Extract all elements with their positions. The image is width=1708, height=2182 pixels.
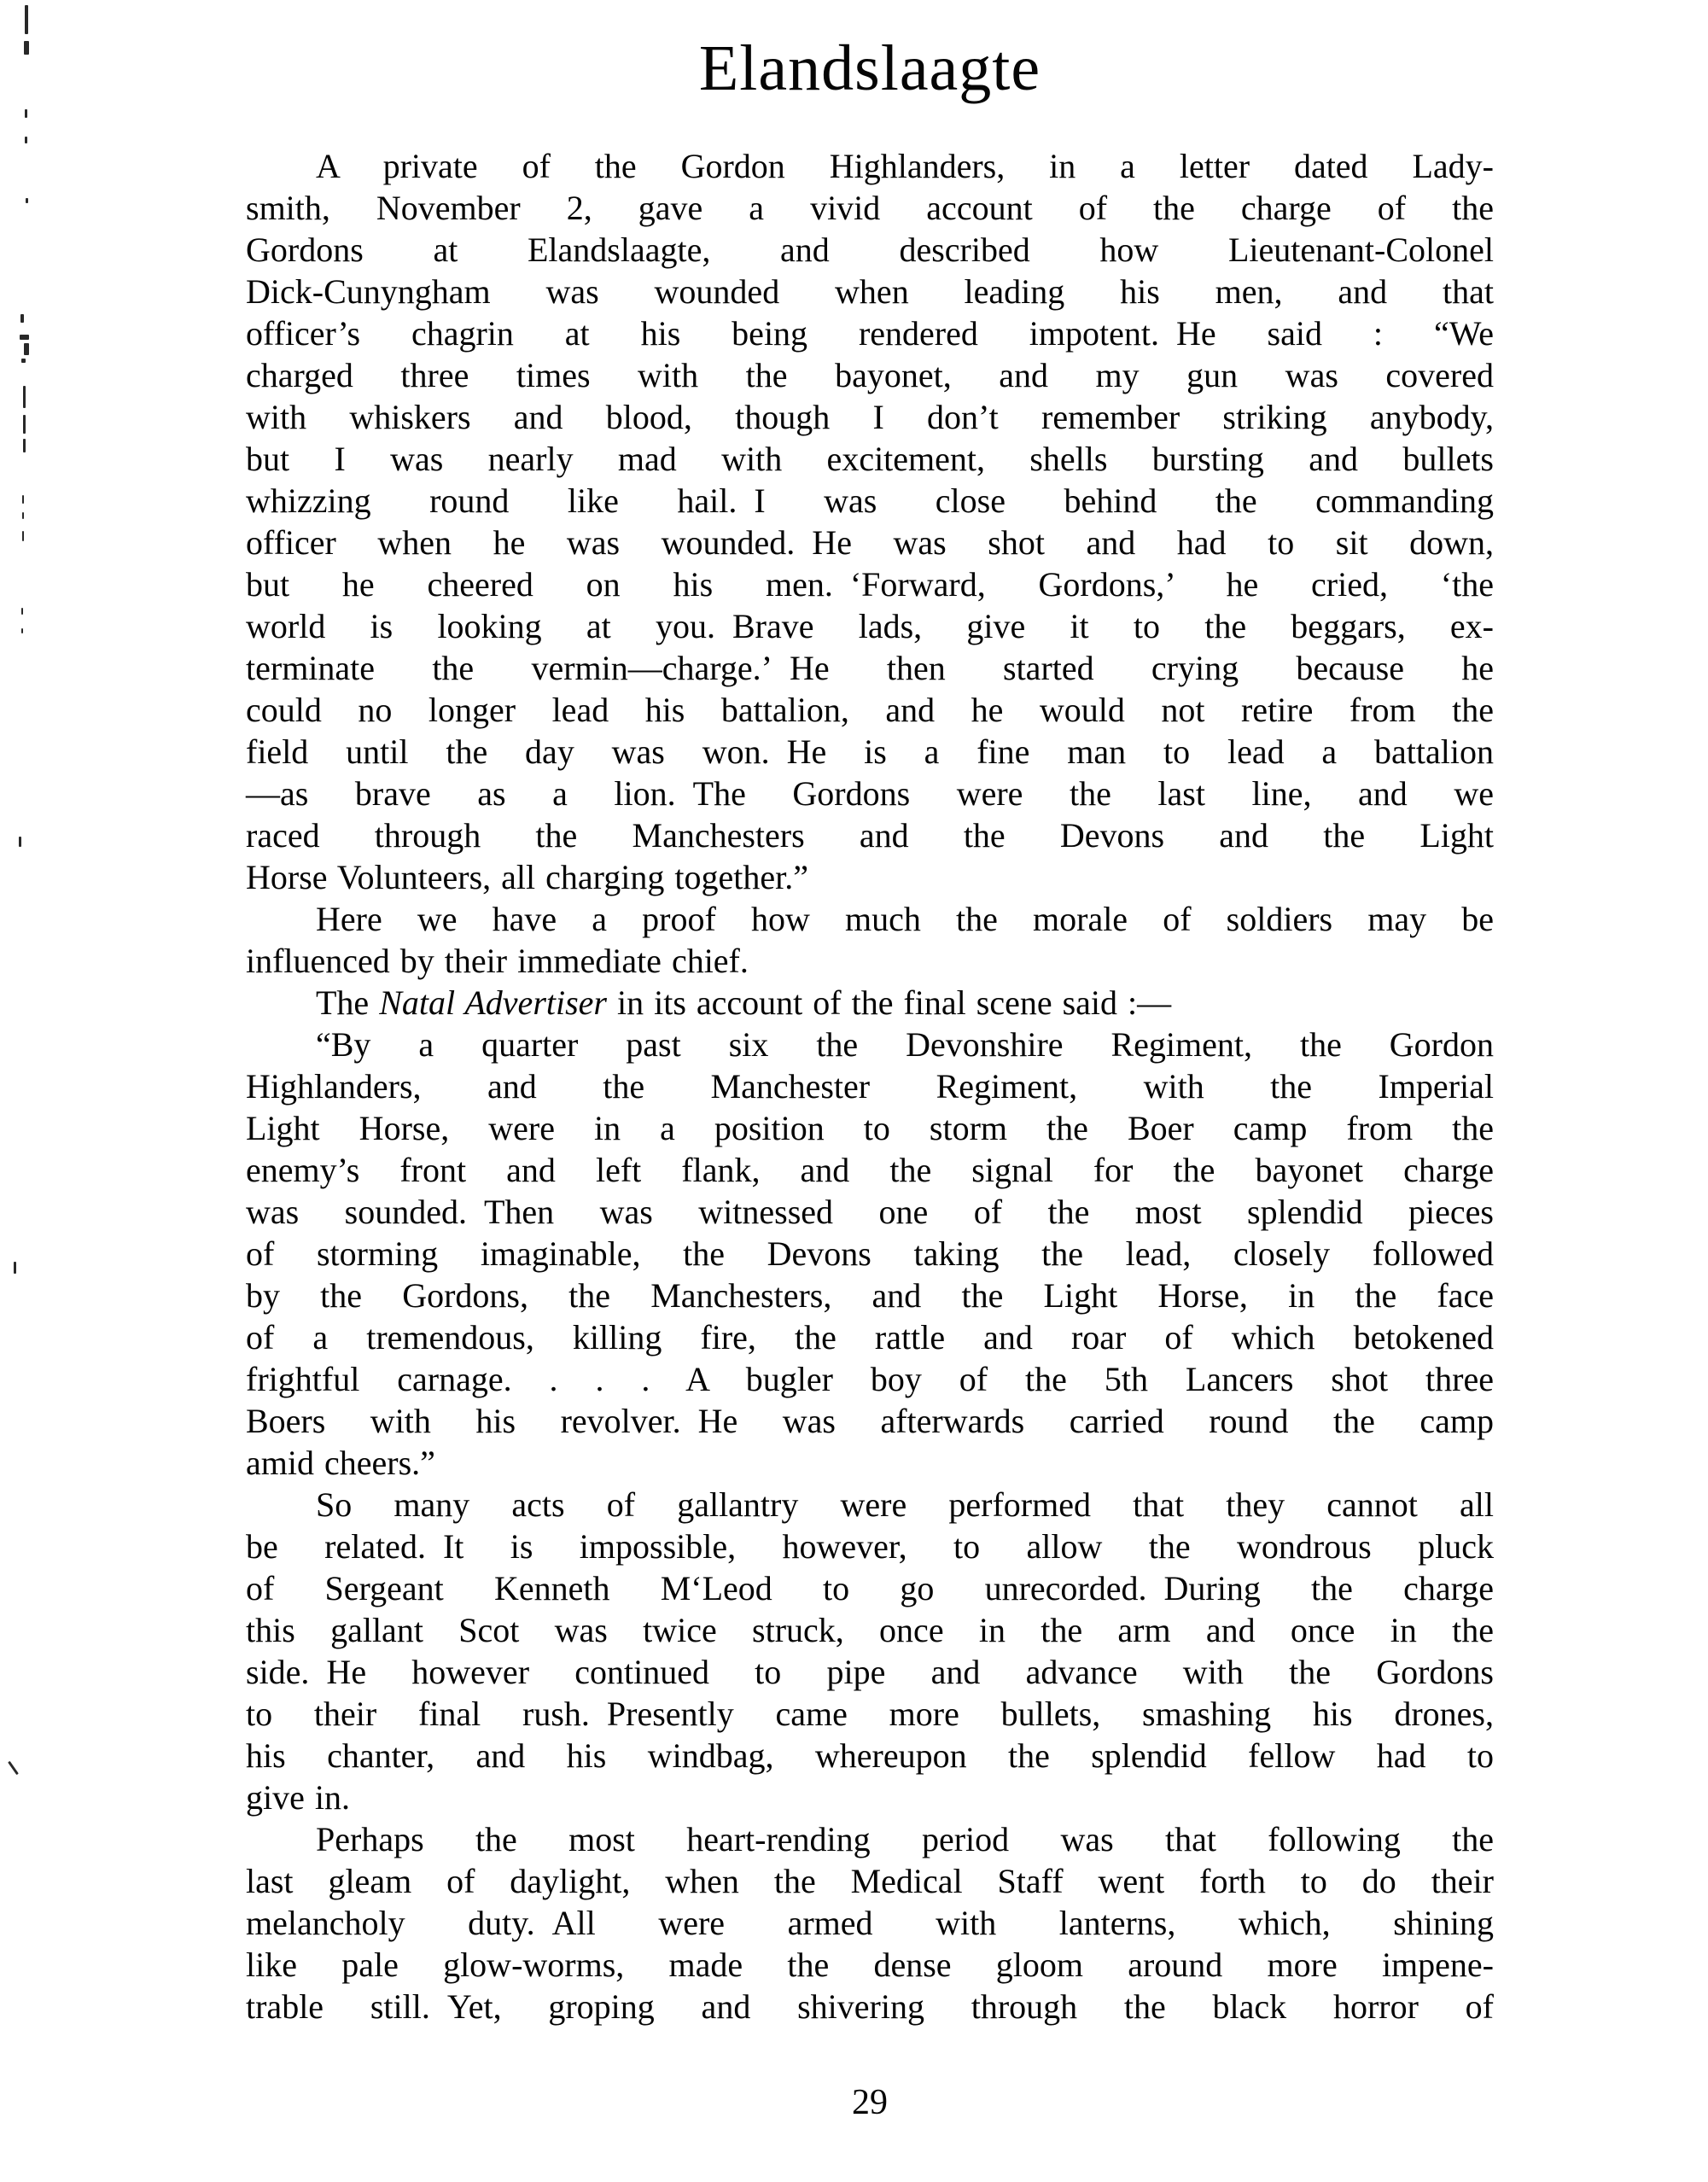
text-line: Horse Volunteers, all charging together.…	[246, 856, 1494, 898]
book-page: Elandslaagte A private of the Gordon Hig…	[0, 0, 1708, 2182]
text-segment: Dick-Cunyngham was wounded when leading …	[246, 272, 1494, 311]
ink-mark	[25, 109, 27, 118]
text-line: trable still. Yet, groping and shivering…	[246, 1986, 1494, 2027]
text-line: his chanter, and his windbag, whereupon …	[246, 1735, 1494, 1777]
text-line: officer’s chagrin at his being rendered …	[246, 312, 1494, 354]
text-line: but he cheered on his men. ‘Forward, Gor…	[246, 563, 1494, 605]
text-segment: his chanter, and his windbag, whereupon …	[246, 1736, 1494, 1775]
page-body: A private of the Gordon Highlanders, in …	[246, 145, 1494, 2027]
text-line: amid cheers.”	[246, 1442, 1494, 1484]
text-segment: amid cheers.”	[246, 1444, 435, 1482]
text-segment: like pale glow-worms, made the dense glo…	[246, 1946, 1494, 1984]
text-segment: officer’s chagrin at his being rendered …	[246, 314, 1494, 353]
text-segment: trable still. Yet, groping and shivering…	[246, 1987, 1494, 2026]
text-line: A private of the Gordon Highlanders, in …	[246, 145, 1494, 187]
text-segment: side. He however continued to pipe and a…	[246, 1653, 1494, 1691]
text-line: “By a quarter past six the Devonshire Re…	[246, 1024, 1494, 1065]
text-segment: frightful carnage. . . . A bugler boy of…	[246, 1360, 1494, 1398]
text-line: last gleam of daylight, when the Medical…	[246, 1860, 1494, 1902]
text-segment: was sounded. Then was witnessed one of t…	[246, 1193, 1494, 1231]
ink-mark	[22, 531, 24, 541]
text-segment: of storming imaginable, the Devons takin…	[246, 1234, 1494, 1273]
text-segment: officer when he was wounded. He was shot…	[246, 523, 1494, 562]
text-segment: charged three times with the bayonet, an…	[246, 356, 1494, 394]
text-segment: by the Gordons, the Manchesters, and the…	[246, 1276, 1494, 1315]
text-segment: influenced by their immediate chief.	[246, 942, 749, 980]
text-line: be related. It is impossible, however, t…	[246, 1526, 1494, 1567]
paragraph: A private of the Gordon Highlanders, in …	[246, 145, 1494, 898]
text-line: terminate the vermin—charge.’ He then st…	[246, 647, 1494, 689]
text-line: of a tremendous, killing fire, the rattl…	[246, 1316, 1494, 1358]
page-number: 29	[246, 2085, 1494, 2121]
text-line: by the Gordons, the Manchesters, and the…	[246, 1275, 1494, 1316]
text-line: melancholy duty. All were armed with lan…	[246, 1902, 1494, 1944]
page-title: Elandslaagte	[246, 36, 1494, 101]
italic-text: Natal Advertiser	[379, 983, 607, 1022]
paragraph: Perhaps the most heart-rending period wa…	[246, 1818, 1494, 2027]
ink-mark	[23, 439, 26, 452]
text-segment: Highlanders, and the Manchester Regiment…	[246, 1067, 1494, 1106]
text-segment: to their final rush. Presently came more…	[246, 1695, 1494, 1733]
text-line: this gallant Scot was twice struck, once…	[246, 1609, 1494, 1651]
text-line: give in.	[246, 1777, 1494, 1818]
ink-mark	[25, 137, 27, 143]
text-line: officer when he was wounded. He was shot…	[246, 522, 1494, 563]
ink-mark	[24, 343, 29, 355]
ink-mark	[21, 608, 23, 615]
text-segment: Boers with his revolver. He was afterwar…	[246, 1402, 1494, 1440]
ink-mark	[25, 5, 28, 34]
ink-mark	[23, 415, 26, 434]
text-segment: last gleam of daylight, when the Medical…	[246, 1862, 1494, 1900]
text-segment: smith, November 2, gave a vivid account …	[246, 189, 1494, 227]
text-line: Boers with his revolver. He was afterwar…	[246, 1400, 1494, 1442]
text-segment: A private of the Gordon Highlanders, in …	[316, 147, 1494, 185]
text-segment: Here we have a proof how much the morale…	[316, 900, 1494, 938]
text-line: field until the day was won. He is a fin…	[246, 731, 1494, 773]
text-line: Here we have a proof how much the morale…	[246, 898, 1494, 940]
text-line: Perhaps the most heart-rending period wa…	[246, 1818, 1494, 1860]
text-segment: but he cheered on his men. ‘Forward, Gor…	[246, 565, 1494, 604]
ink-mark	[22, 495, 24, 504]
text-segment: Perhaps the most heart-rending period wa…	[316, 1820, 1494, 1858]
text-segment: Horse Volunteers, all charging together.…	[246, 858, 808, 896]
ink-mark	[14, 1262, 16, 1274]
text-segment: The	[316, 983, 379, 1022]
paragraph: So many acts of gallantry were performed…	[246, 1484, 1494, 1818]
text-segment: field until the day was won. He is a fin…	[246, 732, 1494, 771]
text-line: charged three times with the bayonet, an…	[246, 354, 1494, 396]
text-line: of Sergeant Kenneth M‘Leod to go unrecor…	[246, 1567, 1494, 1609]
text-segment: whizzing round like hail. I was close be…	[246, 481, 1494, 520]
ink-mark	[19, 837, 21, 847]
text-segment: in its account of the final scene said :…	[607, 983, 1171, 1022]
text-segment: enemy’s front and left flank, and the si…	[246, 1151, 1494, 1189]
ink-mark	[8, 1761, 19, 1775]
text-line: —as brave as a lion. The Gordons were th…	[246, 773, 1494, 814]
text-line: Gordons at Elandslaagte, and described h…	[246, 229, 1494, 271]
text-line: smith, November 2, gave a vivid account …	[246, 187, 1494, 229]
text-segment: but I was nearly mad with excitement, sh…	[246, 440, 1494, 478]
text-segment: Light Horse, were in a position to storm…	[246, 1109, 1494, 1147]
text-line: Dick-Cunyngham was wounded when leading …	[246, 271, 1494, 312]
text-segment: could no longer lead his battalion, and …	[246, 691, 1494, 729]
text-segment: “By a quarter past six the Devonshire Re…	[316, 1025, 1494, 1064]
text-line: of storming imaginable, the Devons takin…	[246, 1233, 1494, 1275]
text-segment: raced through the Manchesters and the De…	[246, 816, 1494, 855]
text-segment: Gordons at Elandslaagte, and described h…	[246, 230, 1494, 269]
text-segment: this gallant Scot was twice struck, once…	[246, 1611, 1494, 1649]
text-line: world is looking at you. Brave lads, giv…	[246, 605, 1494, 647]
ink-mark	[21, 628, 23, 633]
text-line: with whiskers and blood, though I don’t …	[246, 396, 1494, 438]
text-line: The Natal Advertiser in its account of t…	[246, 982, 1494, 1024]
text-line: raced through the Manchesters and the De…	[246, 814, 1494, 856]
text-line: Light Horse, were in a position to storm…	[246, 1107, 1494, 1149]
ink-mark	[24, 41, 29, 55]
paragraph: “By a quarter past six the Devonshire Re…	[246, 1024, 1494, 1484]
text-line: whizzing round like hail. I was close be…	[246, 480, 1494, 522]
text-line: but I was nearly mad with excitement, sh…	[246, 438, 1494, 480]
text-line: could no longer lead his battalion, and …	[246, 689, 1494, 731]
text-segment: of a tremendous, killing fire, the rattl…	[246, 1318, 1494, 1356]
ink-mark	[21, 359, 26, 363]
text-line: enemy’s front and left flank, and the si…	[246, 1149, 1494, 1191]
ink-mark	[26, 198, 28, 203]
paragraph: Here we have a proof how much the morale…	[246, 898, 1494, 982]
ink-mark	[22, 512, 24, 519]
text-line: to their final rush. Presently came more…	[246, 1693, 1494, 1735]
text-line: frightful carnage. . . . A bugler boy of…	[246, 1358, 1494, 1400]
ink-mark	[20, 314, 24, 323]
text-segment: So many acts of gallantry were performed…	[316, 1485, 1494, 1524]
ink-mark	[20, 335, 29, 340]
text-segment: —as brave as a lion. The Gordons were th…	[246, 774, 1494, 813]
text-segment: of Sergeant Kenneth M‘Leod to go unrecor…	[246, 1569, 1494, 1607]
text-line: Highlanders, and the Manchester Regiment…	[246, 1065, 1494, 1107]
text-segment: world is looking at you. Brave lads, giv…	[246, 607, 1494, 645]
text-line: like pale glow-worms, made the dense glo…	[246, 1944, 1494, 1986]
text-line: So many acts of gallantry were performed…	[246, 1484, 1494, 1526]
text-segment: melancholy duty. All were armed with lan…	[246, 1904, 1494, 1942]
text-line: side. He however continued to pipe and a…	[246, 1651, 1494, 1693]
ink-mark	[23, 386, 26, 408]
text-segment: terminate the vermin—charge.’ He then st…	[246, 649, 1494, 687]
text-segment: be related. It is impossible, however, t…	[246, 1527, 1494, 1566]
text-segment: give in.	[246, 1778, 350, 1817]
text-line: was sounded. Then was witnessed one of t…	[246, 1191, 1494, 1233]
text-line: influenced by their immediate chief.	[246, 940, 1494, 982]
paragraph: The Natal Advertiser in its account of t…	[246, 982, 1494, 1024]
text-segment: with whiskers and blood, though I don’t …	[246, 398, 1494, 436]
